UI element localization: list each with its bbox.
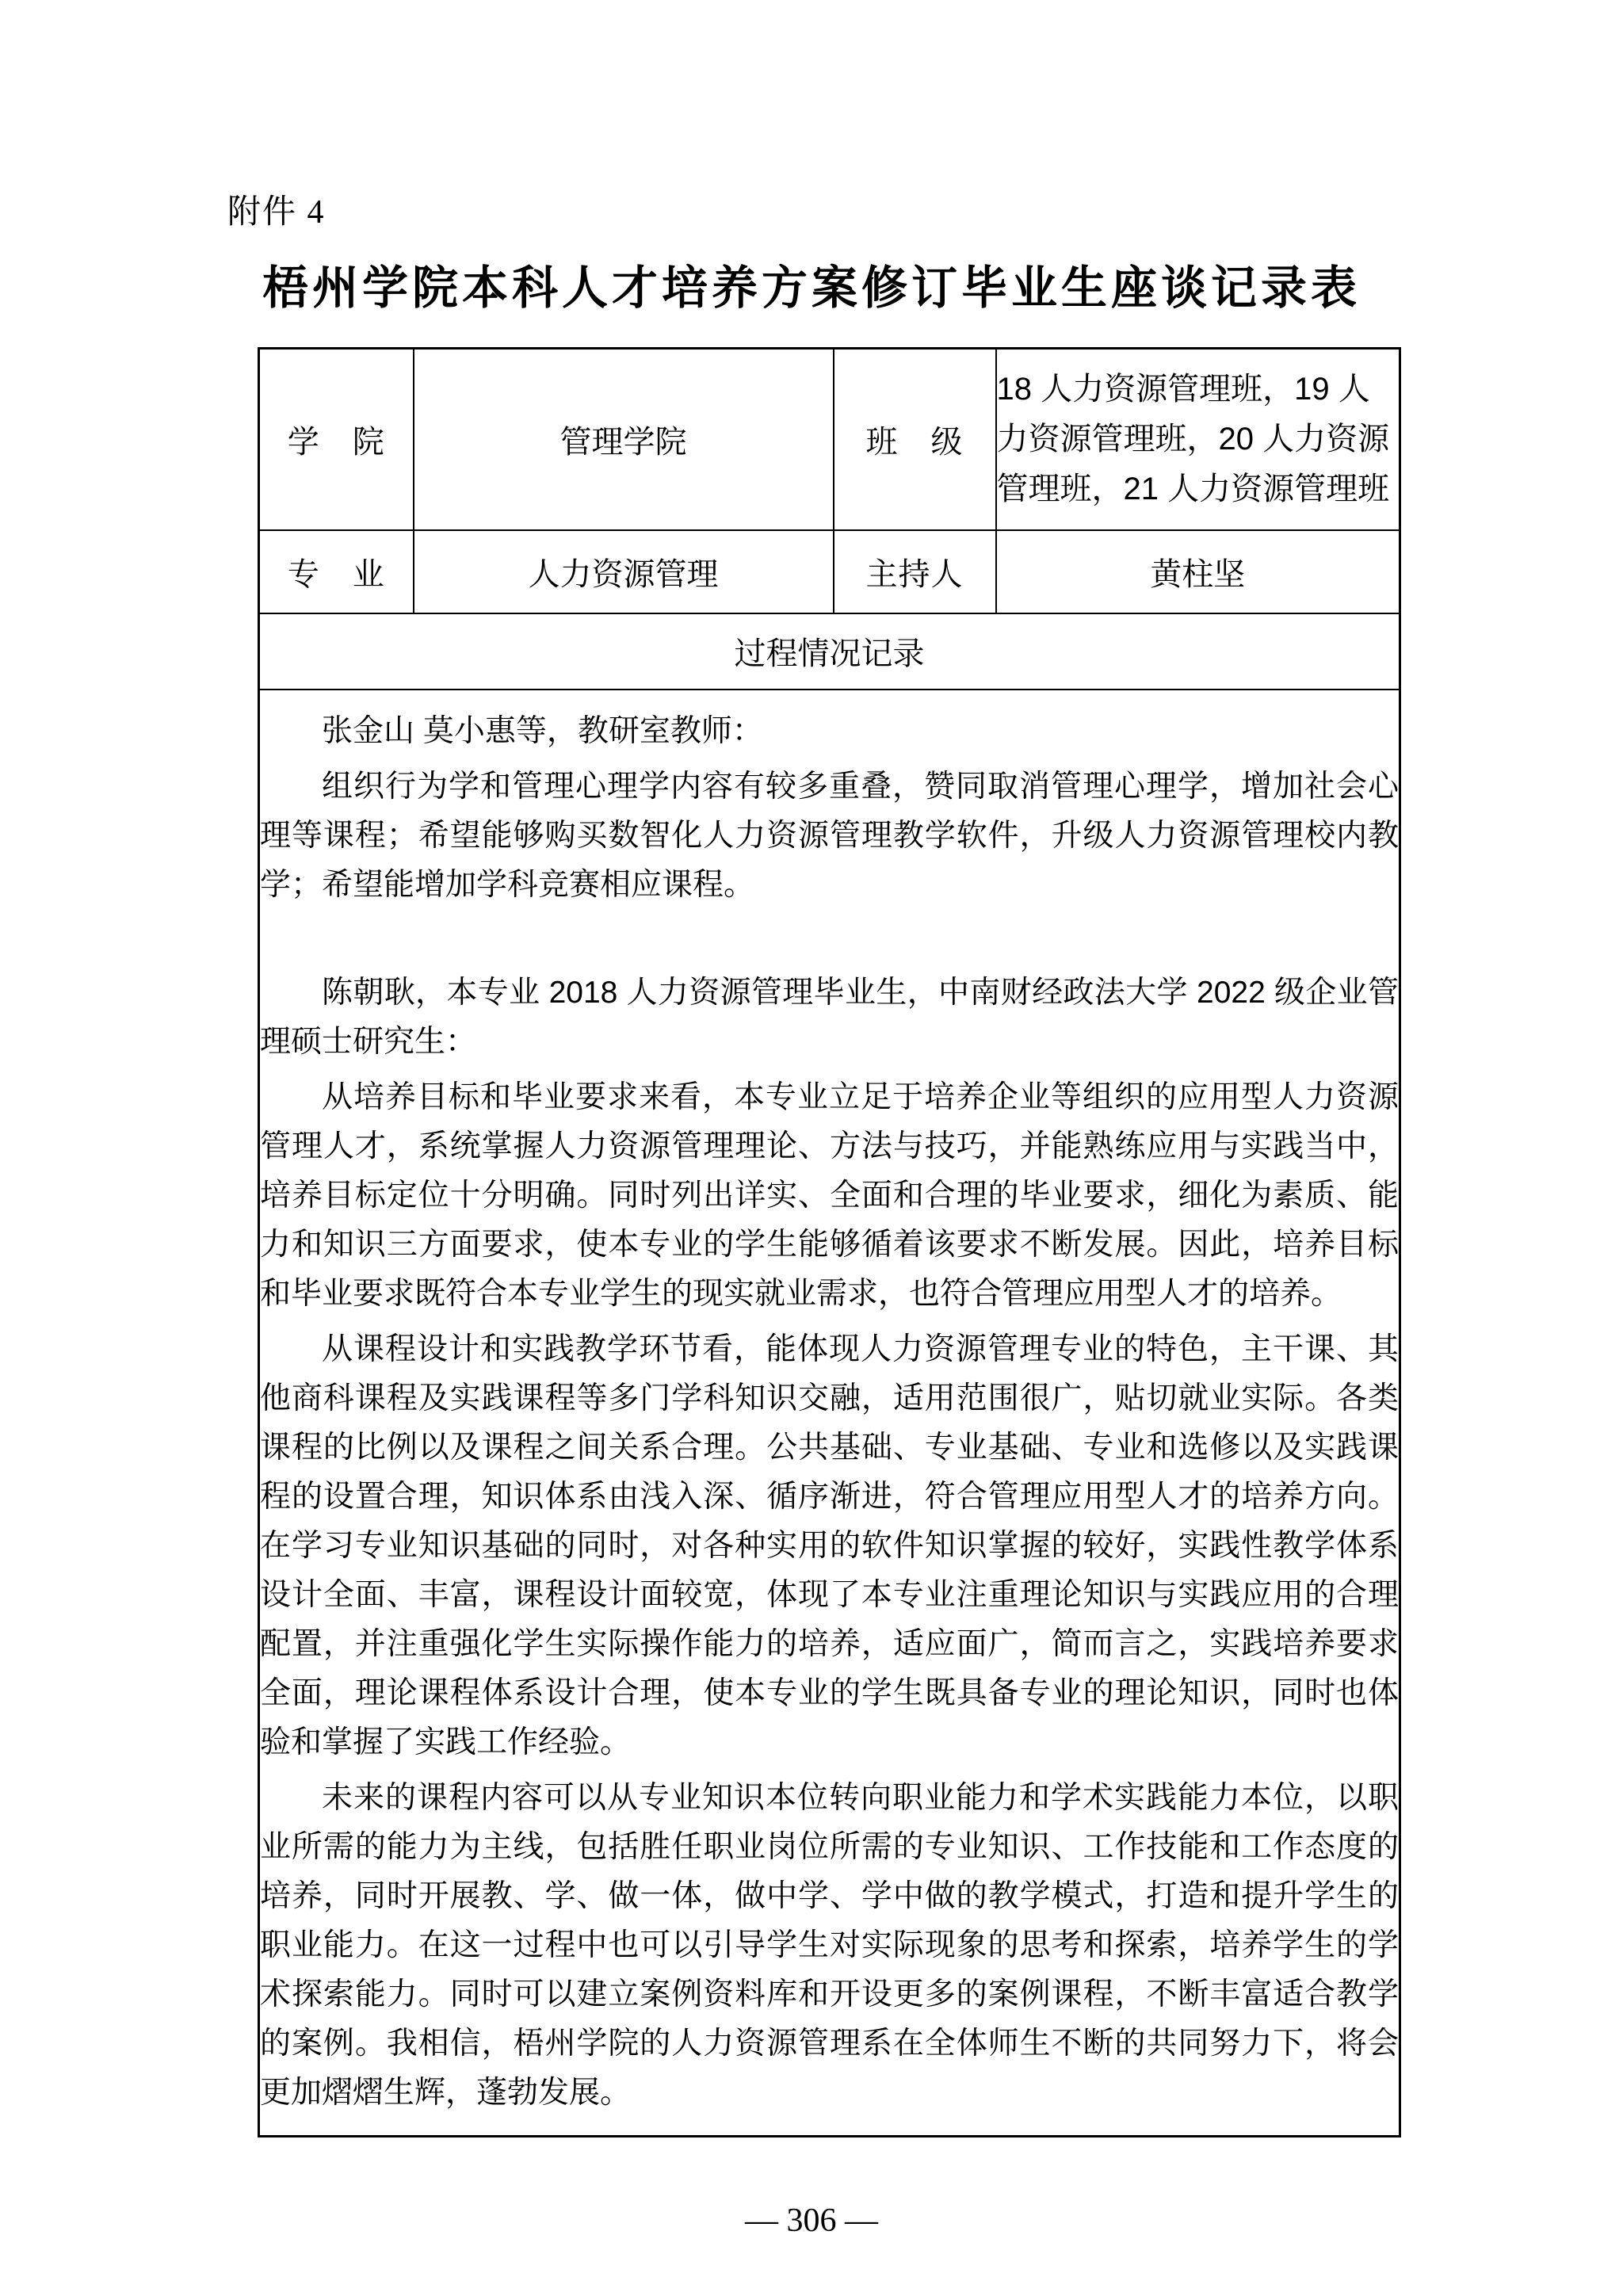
- section-header: 过程情况记录: [259, 613, 1400, 690]
- record-paragraph: 张金山 莫小惠等，教研室教师：: [260, 707, 1399, 756]
- table-row-record: 张金山 莫小惠等，教研室教师： 组织行为学和管理心理学内容有较多重叠，赞同取消管…: [259, 690, 1400, 2137]
- record-table: 学 院 管理学院 班 级 18 人力资源管理班，19 人力资源管理班，20 人力…: [258, 347, 1401, 2137]
- record-paragraph: 从培养目标和毕业要求来看，本专业立足于培养企业等组织的应用型人力资源管理人才，系…: [260, 1073, 1399, 1319]
- class-label: 班 级: [834, 349, 996, 530]
- table-row-section-header: 过程情况记录: [259, 613, 1400, 690]
- record-paragraph: 陈朝耿，本专业 2018 人力资源管理毕业生，中南财经政法大学 2022 级企业…: [260, 968, 1399, 1067]
- major-label: 专 业: [259, 530, 414, 613]
- major-value: 人力资源管理: [414, 530, 834, 613]
- page-number: — 306 —: [0, 2202, 1623, 2240]
- host-value: 黄柱坚: [996, 530, 1400, 613]
- document-page: 附件 4 梧州学院本科人才培养方案修订毕业生座谈记录表 学 院 管理学院 班 级…: [0, 0, 1623, 2296]
- attachment-label: 附件 4: [227, 193, 326, 232]
- host-label: 主持人: [834, 530, 996, 613]
- class-value: 18 人力资源管理班，19 人力资源管理班，20 人力资源管理班，21 人力资源…: [996, 349, 1400, 530]
- record-paragraph: 从课程设计和实践教学环节看，能体现人力资源管理专业的特色，主干课、其他商科课程及…: [260, 1325, 1399, 1767]
- record-paragraph: 组织行为学和管理心理学内容有较多重叠，赞同取消管理心理学，增加社会心理等课程；希…: [260, 762, 1399, 910]
- table-row-college-class: 学 院 管理学院 班 级 18 人力资源管理班，19 人力资源管理班，20 人力…: [259, 349, 1400, 530]
- college-value: 管理学院: [414, 349, 834, 530]
- table-row-major-host: 专 业 人力资源管理 主持人 黄柱坚: [259, 530, 1400, 613]
- record-content: 张金山 莫小惠等，教研室教师： 组织行为学和管理心理学内容有较多重叠，赞同取消管…: [259, 690, 1400, 2137]
- page-title: 梧州学院本科人才培养方案修订毕业生座谈记录表: [0, 250, 1623, 317]
- college-label: 学 院: [259, 349, 414, 530]
- record-paragraph: 未来的课程内容可以从专业知识本位转向职业能力和学术实践能力本位，以职业所需的能力…: [260, 1774, 1399, 2118]
